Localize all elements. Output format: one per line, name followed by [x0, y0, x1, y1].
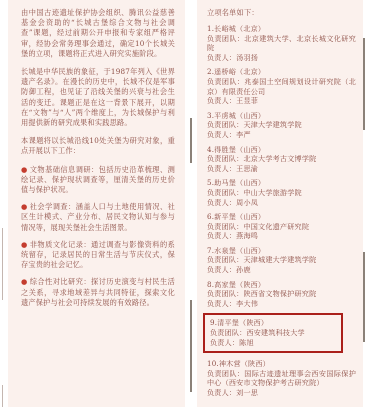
entry-title: 4.得胜堡（山西） [207, 145, 356, 155]
entry-title: 1.长峪城（北京） [207, 24, 356, 34]
entry-title: 6.新平堡（山西） [207, 212, 356, 222]
entry-title: 8.高家堡（陕西） [207, 280, 356, 290]
entry-team: 负责团队：兆泰国土空间规划设计研究院（北京）有限责任公司 [207, 77, 356, 96]
entry-team: 负责团队：中山大学旅游学院 [207, 188, 356, 198]
entry-team: 负责团队：陕西省文物保护研究院 [207, 289, 356, 299]
background-paragraph: 长城是中华民族的象征，于1987年列入《世界遗产名录》。在漫长的历史中，长城不仅… [21, 67, 175, 128]
work-item-comparative: 综合性对比研究：探讨历史演变与村民生活之关系，寻求地域差异与共同特征，探索文化遗… [21, 277, 175, 308]
work-item-text: 综合性对比研究：探讨历史演变与村民生活之关系，寻求地域差异与共同特征，探索文化遗… [21, 277, 175, 306]
entry-team: 负责团队：国际古迹遗址理事会西安国际保护中心（西安市文物保护考古研究院） [207, 369, 356, 388]
list-entry-4: 4.得胜堡（山西） 负责团队：北京大学考古文博学院 负责人：王思渝 [207, 145, 356, 174]
work-item-sociology: 社会学调查：涵盖人口与土地使用情况、社区生计模式、产业分布、居民文物认知与参与情… [21, 202, 175, 233]
list-entry-2: 2.遥桥峪（北京） 负责团队：兆泰国土空间规划设计研究院（北京）有限责任公司 负… [207, 67, 356, 105]
entry-leader: 负责人：刘一思 [207, 388, 356, 398]
project-list-heading: 立项名单如下： [207, 8, 356, 18]
entry-leader: 负责人：汤羽扬 [207, 53, 356, 63]
entry-title: 5.助马堡（山西） [207, 178, 356, 188]
entry-team: 负责团队：北京建筑大学、北京长城文化研究院 [207, 34, 356, 53]
entry-leader: 负责人：王昱菲 [207, 96, 356, 106]
work-item-text: 文物基础信息调研：包括历史沿革梳理、测绘记录、保护现状调查等，厘清关堡的历史价值… [21, 165, 175, 194]
list-entry-8: 8.高家堡（陕西） 负责团队：陕西省文物保护研究院 负责人：李大伟 [207, 280, 356, 309]
entry-leader: 负责人：周小凤 [207, 198, 356, 208]
page-edge-mark [190, 300, 192, 392]
entry-title: 9.清平堡（陕西） [210, 318, 336, 328]
entry-leader: 负责人：燕海鸣 [207, 231, 356, 241]
intro-paragraph: 由中国古迹遗址保护协会组织、腾讯公益慈善基金会资助的“长城古堡综合文物与社会调查… [21, 8, 175, 59]
list-entry-7: 7.水泉堡（山西） 负责团队：天津城建大学建筑学院 负责人：孙鹿 [207, 246, 356, 275]
entry-team: 负责团队：天津大学建筑学院 [207, 120, 356, 130]
bullet-icon [21, 240, 28, 249]
bullet-icon [21, 202, 28, 211]
entry-leader: 负责人：孙鹿 [207, 265, 356, 275]
page-edge-mark [363, 252, 365, 342]
article-page-right: 立项名单如下： 1.长峪城（北京） 负责团队：北京建筑大学、北京长城文化研究院 … [197, 0, 363, 407]
scope-paragraph: 本课题将以长城沿线10处关堡为研究对象，重点开展以下工作： [21, 136, 175, 156]
page-edge-mark [190, 118, 192, 163]
list-entry-1: 1.长峪城（北京） 负责团队：北京建筑大学、北京长城文化研究院 负责人：汤羽扬 [207, 24, 356, 62]
entry-title: 3.平虏城（山西） [207, 111, 356, 121]
page-edge-mark [363, 38, 365, 130]
entry-leader: 负责人：李大伟 [207, 299, 356, 309]
entry-team: 负责团队：天津城建大学建筑学院 [207, 255, 356, 265]
work-item-survey: 文物基础信息调研：包括历史沿革梳理、测绘记录、保护现状调查等，厘清关堡的历史价值… [21, 165, 175, 196]
entry-title: 7.水泉堡（山西） [207, 246, 356, 256]
list-entry-3: 3.平虏城（山西） 负责团队：天津大学建筑学院 负责人：李严 [207, 111, 356, 140]
entry-team: 负责团队：西安建筑科技大学 [210, 328, 336, 338]
entry-title: 2.遥桥峪（北京） [207, 67, 356, 77]
list-entry-6: 6.新平堡（山西） 负责团队：中国文化遗产研究院 负责人：燕海鸣 [207, 212, 356, 241]
list-entry-10: 10.神木营（陕西） 负责团队：国际古迹遗址理事会西安国际保护中心（西安市文物保… [207, 359, 356, 397]
work-item-text: 非物质文化记录：通过调查与影像资料的系统留存，记录居民的日常生活与节庆仪式，保存… [21, 240, 175, 269]
entry-team: 负责团队：中国文化遗产研究院 [207, 222, 356, 232]
work-item-text: 社会学调查：涵盖人口与土地使用情况、社区生计模式、产业分布、居民文物认知与参与情… [21, 202, 175, 231]
entry-leader: 负责人：王思渝 [207, 164, 356, 174]
work-item-intangible: 非物质文化记录：通过调查与影像资料的系统留存，记录居民的日常生活与节庆仪式，保存… [21, 240, 175, 271]
entry-leader: 负责人：陈旭 [210, 338, 336, 348]
entry-title: 10.神木营（陕西） [207, 359, 356, 369]
list-entry-5: 5.助马堡（山西） 负责团队：中山大学旅游学院 负责人：周小凤 [207, 178, 356, 207]
list-entry-9-highlight-box: 9.清平堡（陕西） 负责团队：西安建筑科技大学 负责人：陈旭 [203, 313, 343, 353]
page-edge-mark [2, 385, 3, 407]
entry-leader: 负责人：李严 [207, 130, 356, 140]
entry-team: 负责团队：北京大学考古文博学院 [207, 154, 356, 164]
article-page-left: 由中国古迹遗址保护协会组织、腾讯公益慈善基金会资助的“长城古堡综合文物与社会调查… [8, 0, 185, 407]
bullet-icon [21, 277, 28, 286]
page-edge-mark [2, 228, 3, 300]
bullet-icon [21, 165, 28, 174]
